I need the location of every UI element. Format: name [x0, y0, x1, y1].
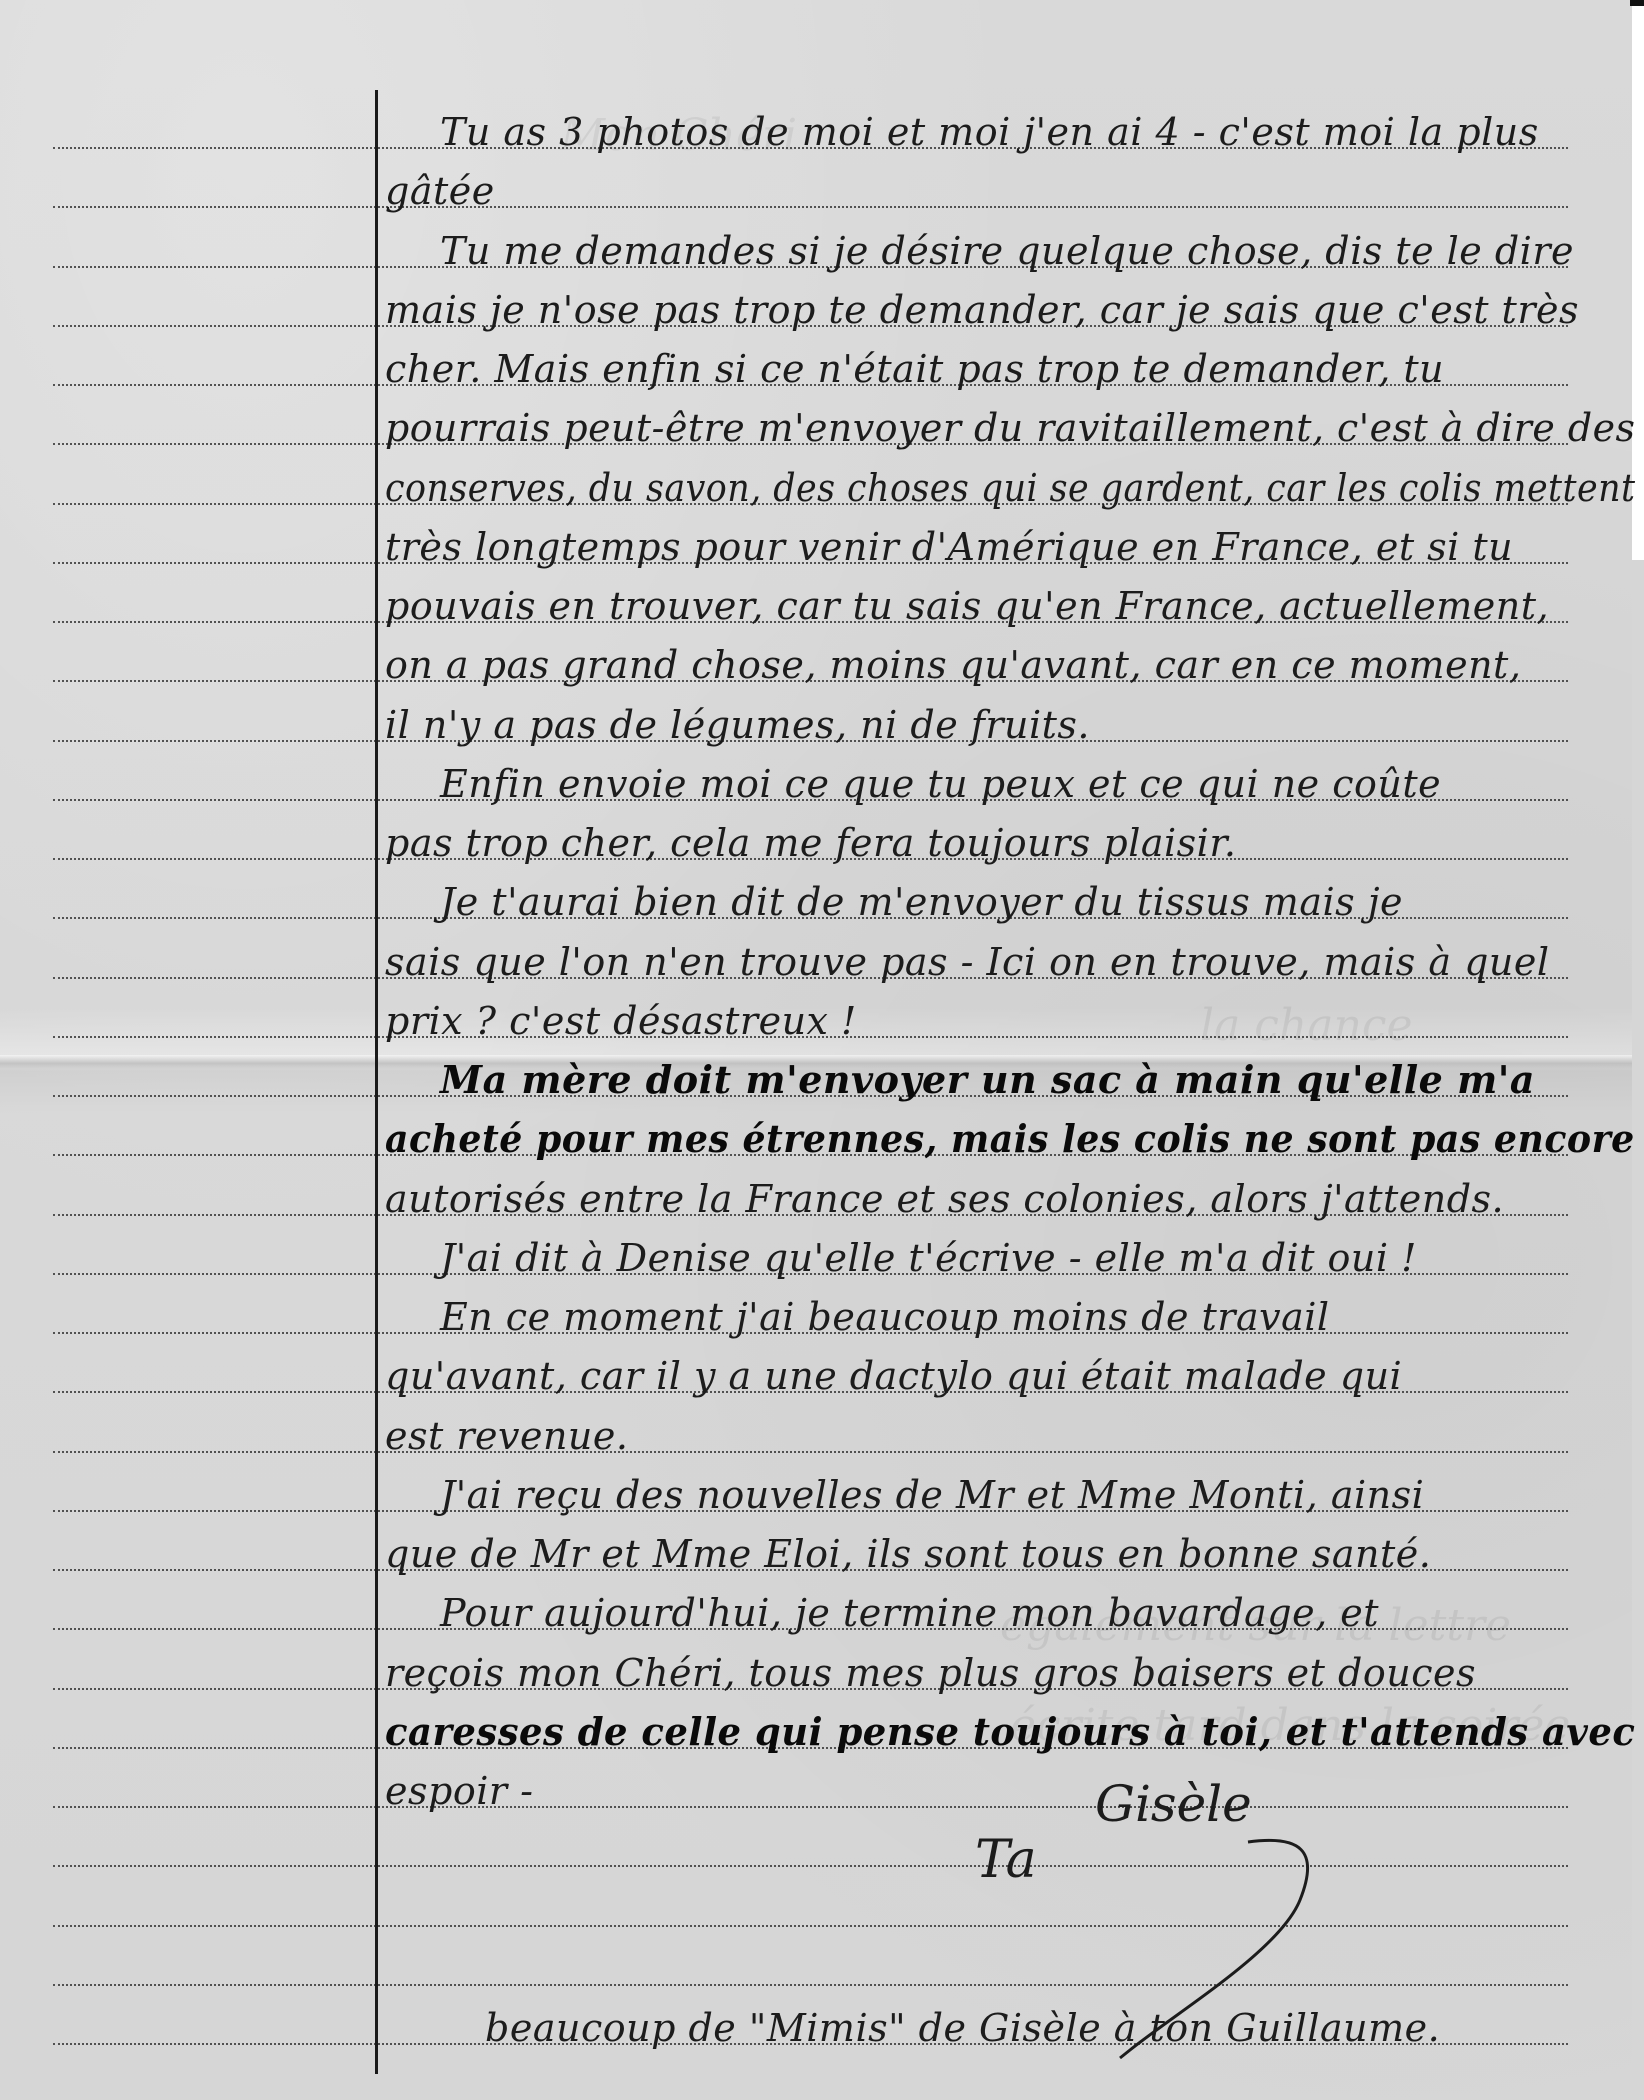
- signature-flourish: [0, 0, 1644, 2100]
- postscript: beaucoup de "Mimis" de Gisèle à ton Guil…: [485, 2009, 1440, 2047]
